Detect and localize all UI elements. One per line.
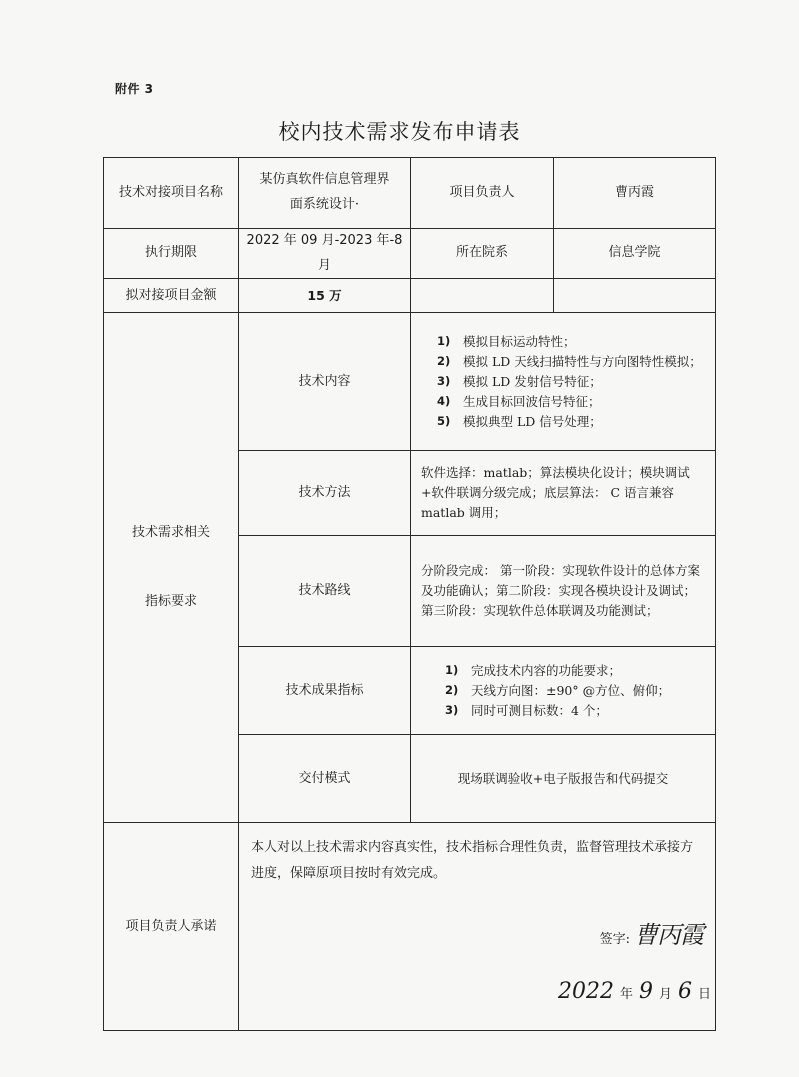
date-day: 6 bbox=[678, 979, 692, 1004]
project-name-label: 技术对接项目名称 bbox=[104, 158, 239, 229]
amount-value: 15 万 bbox=[239, 279, 411, 313]
handwritten-signature: 曹丙霞 bbox=[634, 921, 703, 949]
tech-route-value: 分阶段完成： 第一阶段：实现软件设计的总体方案及功能确认；第二阶段：实现各模块设… bbox=[411, 536, 716, 647]
amount-label: 拟对接项目金额 bbox=[104, 279, 239, 313]
delivery-value: 现场联调验收+电子版报告和代码提交 bbox=[411, 735, 716, 823]
tech-results-value: 1)完成技术内容的功能要求； 2)天线方向图：±90° @方位、俯仰； 3)同时… bbox=[411, 647, 716, 735]
tech-method-value: 软件选择：matlab；算法模块化设计；模块调试+软件联调分级完成；底层算法： … bbox=[411, 451, 716, 536]
leader-label: 项目负责人 bbox=[411, 158, 554, 229]
sign-label: 签字: bbox=[600, 932, 630, 947]
commitment-label: 项目负责人承诺 bbox=[104, 823, 239, 1031]
application-form-table: 技术对接项目名称 某仿真软件信息管理界 面系统设计· 项目负责人 曹丙霞 执行期… bbox=[103, 157, 716, 1031]
year-unit: 年 bbox=[620, 987, 633, 1002]
tech-method-label: 技术方法 bbox=[239, 451, 411, 536]
day-unit: 日 bbox=[698, 987, 711, 1002]
month-unit: 月 bbox=[659, 987, 672, 1002]
tech-content-list: 1)模拟目标运动特性； 2)模拟 LD 天线扫描特性与方向图特性模拟； 3)模拟… bbox=[415, 332, 711, 432]
project-name-line1: 某仿真软件信息管理界 bbox=[243, 168, 406, 193]
tech-results-label: 技术成果指标 bbox=[239, 647, 411, 735]
delivery-text: 现场联调验收+电子版报告和代码提交 bbox=[415, 769, 711, 789]
table-row: 执行期限 2022 年 09 月-2023 年-8 月 所在院系 信息学院 bbox=[104, 229, 716, 279]
delivery-label: 交付模式 bbox=[239, 735, 411, 823]
dept-value: 信息学院 bbox=[554, 229, 716, 279]
list-item: 2)模拟 LD 天线扫描特性与方向图特性模拟； bbox=[437, 352, 711, 372]
tech-content-label: 技术内容 bbox=[239, 313, 411, 451]
dept-label: 所在院系 bbox=[411, 229, 554, 279]
tech-results-list: 1)完成技术内容的功能要求； 2)天线方向图：±90° @方位、俯仰； 3)同时… bbox=[415, 661, 711, 721]
tech-route-label: 技术路线 bbox=[239, 536, 411, 647]
list-item: 1)完成技术内容的功能要求； bbox=[445, 661, 711, 681]
list-item: 1)模拟目标运动特性； bbox=[437, 332, 711, 352]
tech-route-text: 分阶段完成： 第一阶段：实现软件设计的总体方案及功能确认；第二阶段：实现各模块设… bbox=[415, 561, 711, 621]
table-row: 项目负责人承诺 本人对以上技术需求内容真实性，技术指标合理性负责，监督管理技术承… bbox=[104, 823, 716, 1031]
table-row: 技术对接项目名称 某仿真软件信息管理界 面系统设计· 项目负责人 曹丙霞 bbox=[104, 158, 716, 229]
empty-cell bbox=[411, 279, 554, 313]
period-label: 执行期限 bbox=[104, 229, 239, 279]
empty-cell bbox=[554, 279, 716, 313]
signature-date: 2022年9月6日 bbox=[552, 971, 711, 1013]
commitment-value: 本人对以上技术需求内容真实性，技术指标合理性负责，监督管理技术承接方进度，保障原… bbox=[239, 823, 716, 1031]
date-month: 9 bbox=[639, 979, 653, 1004]
attachment-label: 附件 3 bbox=[115, 80, 154, 97]
table-row: 拟对接项目金额 15 万 bbox=[104, 279, 716, 313]
section-label-line2: 指标要求 bbox=[108, 588, 234, 617]
signature-block: 签字:曹丙霞 bbox=[600, 913, 703, 959]
leader-value: 曹丙霞 bbox=[554, 158, 716, 229]
list-item: 3)同时可测目标数：4 个； bbox=[445, 701, 711, 721]
period-value: 2022 年 09 月-2023 年-8 月 bbox=[239, 229, 411, 279]
tech-content-value: 1)模拟目标运动特性； 2)模拟 LD 天线扫描特性与方向图特性模拟； 3)模拟… bbox=[411, 313, 716, 451]
list-item: 3)模拟 LD 发射信号特征； bbox=[437, 372, 711, 392]
project-name-value: 某仿真软件信息管理界 面系统设计· bbox=[239, 158, 411, 229]
list-item: 2)天线方向图：±90° @方位、俯仰； bbox=[445, 681, 711, 701]
project-name-line2: 面系统设计· bbox=[243, 193, 406, 218]
section-label-line1: 技术需求相关 bbox=[108, 519, 234, 548]
requirements-section-label: 技术需求相关 指标要求 bbox=[104, 313, 239, 823]
list-item: 5)模拟典型 LD 信号处理； bbox=[437, 412, 711, 432]
form-title: 校内技术需求发布申请表 bbox=[0, 116, 799, 146]
list-item: 4)生成目标回波信号特征； bbox=[437, 392, 711, 412]
table-row: 技术需求相关 指标要求 技术内容 1)模拟目标运动特性； 2)模拟 LD 天线扫… bbox=[104, 313, 716, 451]
tech-method-text: 软件选择：matlab；算法模块化设计；模块调试+软件联调分级完成；底层算法： … bbox=[415, 463, 711, 523]
date-year: 2022 bbox=[558, 979, 614, 1004]
commitment-text: 本人对以上技术需求内容真实性，技术指标合理性负责，监督管理技术承接方进度，保障原… bbox=[251, 835, 705, 886]
